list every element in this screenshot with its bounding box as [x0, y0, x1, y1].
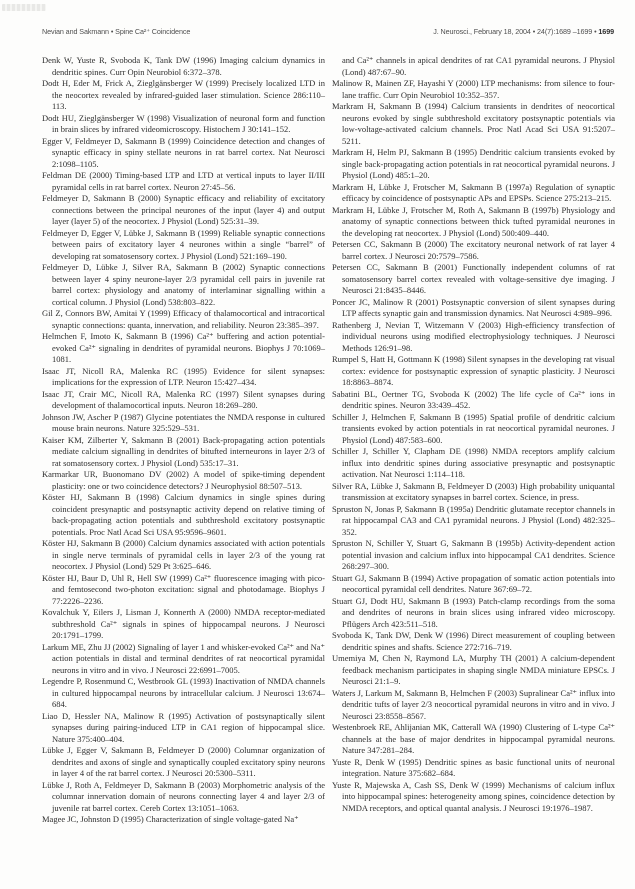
- reference-item: Gil Z, Connors BW, Amitai Y (1999) Effic…: [42, 308, 325, 331]
- reference-item: Markram H, Helm PJ, Sakmann B (1995) Den…: [332, 147, 615, 182]
- reference-item: Kaiser KM, Zilberter Y, Sakmann B (2001)…: [42, 435, 325, 470]
- reference-item: Dodt H, Eder M, Frick A, Zieglgänsberger…: [42, 78, 325, 113]
- reference-item: Rathenberg J, Nevian T, Witzemann V (200…: [332, 320, 615, 355]
- scan-artifact: [2, 4, 46, 11]
- reference-item: Petersen CC, Sakmann B (2001) Functional…: [332, 262, 615, 297]
- page-number: 1699: [598, 27, 614, 36]
- reference-item: Petersen CC, Sakmann B (2000) The excita…: [332, 239, 615, 262]
- references-list-right: Malinow R, Mainen ZF, Hayashi Y (2000) L…: [332, 78, 615, 814]
- reference-item: Feldman DE (2000) Timing-based LTP and L…: [42, 170, 325, 193]
- reference-item: Helmchen F, Imoto K, Sakmann B (1996) Ca…: [42, 331, 325, 366]
- reference-item: Denk W, Yuste R, Svoboda K, Tank DW (199…: [42, 55, 325, 78]
- reference-item: Egger V, Feldmeyer D, Sakmann B (1999) C…: [42, 136, 325, 171]
- reference-item: Spruston N, Jonas P, Sakmann B (1995a) D…: [332, 504, 615, 539]
- reference-item: Liao D, Hessler NA, Malinow R (1995) Act…: [42, 711, 325, 746]
- running-head: Nevian and Sakmann • Spine Ca²⁺ Coincide…: [42, 27, 190, 36]
- reference-item: Schiller J, Helmchen F, Sakmann B (1995)…: [332, 412, 615, 447]
- reference-item: Magee JC, Johnston D (1995) Characteriza…: [42, 814, 325, 826]
- reference-item: Silver RA, Lübke J, Sakmann B, Feldmeyer…: [332, 481, 615, 504]
- reference-item: Johnson JW, Ascher P (1987) Glycine pote…: [42, 412, 325, 435]
- page-header: Nevian and Sakmann • Spine Ca²⁺ Coincide…: [42, 27, 614, 36]
- reference-item: Yuste R, Majewska A, Cash SS, Denk W (19…: [332, 780, 615, 815]
- reference-item: Westenbroek RE, Ahlijanian MK, Catterall…: [332, 722, 615, 757]
- reference-item: Waters J, Larkum M, Sakmann B, Helmchen …: [332, 688, 615, 723]
- reference-item: Rumpel S, Hatt H, Gottmann K (1998) Sile…: [332, 354, 615, 389]
- reference-item: Markram H, Lübke J, Frotscher M, Sakmann…: [332, 182, 615, 205]
- reference-continuation: and Ca²⁺ channels in apical dendrites of…: [332, 55, 615, 78]
- reference-item: Lübke J, Egger V, Sakmann B, Feldmeyer D…: [42, 745, 325, 780]
- reference-item: Isaac JT, Crair MC, Nicoll RA, Malenka R…: [42, 389, 325, 412]
- reference-item: Köster HJ, Sakmann B (2000) Calcium dyna…: [42, 538, 325, 573]
- reference-item: Larkum ME, Zhu JJ (2002) Signaling of la…: [42, 642, 325, 677]
- reference-item: Schiller J, Schiller Y, Clapham DE (1998…: [332, 446, 615, 481]
- reference-item: Lübke J, Roth A, Feldmeyer D, Sakmann B …: [42, 780, 325, 815]
- reference-item: Kovalchuk Y, Eilers J, Lisman J, Konnert…: [42, 607, 325, 642]
- journal-citation-text: J. Neurosci., February 18, 2004 • 24(7):…: [433, 27, 598, 36]
- reference-item: Markram H, Lübke J, Frotscher M, Roth A,…: [332, 205, 615, 240]
- reference-item: Stuart GJ, Dodt HU, Sakmann B (1993) Pat…: [332, 596, 615, 631]
- reference-item: Karmarkar UR, Buonomano DV (2002) A mode…: [42, 469, 325, 492]
- reference-item: Legendre P, Rosenmund C, Westbrook GL (1…: [42, 676, 325, 711]
- reference-item: Feldmeyer D, Egger V, Lübke J, Sakmann B…: [42, 228, 325, 263]
- journal-citation: J. Neurosci., February 18, 2004 • 24(7):…: [433, 27, 614, 36]
- reference-item: Svoboda K, Tank DW, Denk W (1996) Direct…: [332, 630, 615, 653]
- reference-item: Yuste R, Denk W (1995) Dendritic spines …: [332, 757, 615, 780]
- journal-page: Nevian and Sakmann • Spine Ca²⁺ Coincide…: [0, 0, 635, 889]
- reference-item: Feldmeyer D, Lübke J, Silver RA, Sakmann…: [42, 262, 325, 308]
- reference-item: Dodt HU, Zieglgänsberger W (1998) Visual…: [42, 113, 325, 136]
- reference-item: Poncer JC, Malinow R (2001) Postsynaptic…: [332, 297, 615, 320]
- reference-item: Sabatini BL, Oertner TG, Svoboda K (2002…: [332, 389, 615, 412]
- reference-item: Spruston N, Schiller Y, Stuart G, Sakman…: [332, 538, 615, 573]
- references-column-right: and Ca²⁺ channels in apical dendrites of…: [332, 55, 615, 814]
- reference-item: Stuart GJ, Sakmann B (1994) Active propa…: [332, 573, 615, 596]
- reference-item: Köster HJ, Baur D, Uhl R, Hell SW (1999)…: [42, 573, 325, 608]
- reference-item: Malinow R, Mainen ZF, Hayashi Y (2000) L…: [332, 78, 615, 101]
- reference-item: Markram H, Sakmann B (1994) Calcium tran…: [332, 101, 615, 147]
- references-column-left: Denk W, Yuste R, Svoboda K, Tank DW (199…: [42, 55, 325, 826]
- reference-item: Feldmeyer D, Sakmann B (2000) Synaptic e…: [42, 193, 325, 228]
- reference-item: Köster HJ, Sakmann B (1998) Calcium dyna…: [42, 492, 325, 538]
- reference-item: Isaac JT, Nicoll RA, Malenka RC (1995) E…: [42, 366, 325, 389]
- reference-item: Umemiya M, Chen N, Raymond LA, Murphy TH…: [332, 653, 615, 688]
